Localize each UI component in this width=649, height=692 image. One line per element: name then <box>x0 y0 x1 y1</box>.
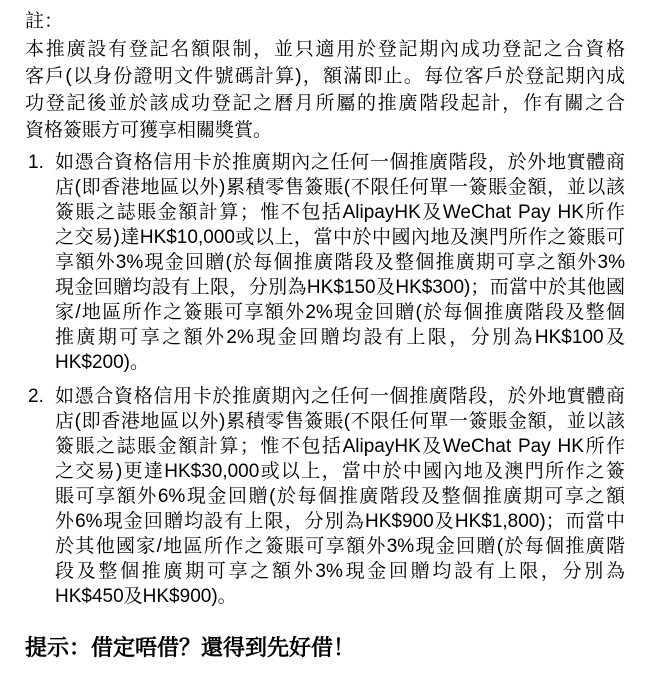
item-line: 如憑合資格信用卡於推廣期內之任何一個推廣階段，於外地實體商 <box>55 384 625 409</box>
item-line: 簽賬之誌賬金額計算；惟不包括AlipayHK及WeChat Pay HK所作 <box>55 434 625 459</box>
item-line: 外6%現金回贈均設有上限，分別為HK$900及HK$1,800)；而當中 <box>55 509 625 534</box>
intro-line: 功登記後並於該成功登記之曆月所屬的推廣階段起計，作有關之合 <box>25 90 625 117</box>
note-label: 註： <box>25 8 625 35</box>
list-item-2: 2. 如憑合資格信用卡於推廣期內之任何一個推廣階段，於外地實體商 店(即香港地區… <box>25 384 625 609</box>
intro-line: 本推廣設有登記名額限制，並只適用於登記期內成功登記之合資格 <box>25 36 625 63</box>
list-item-1: 1. 如憑合資格信用卡於推廣期內之任何一個推廣階段，於外地實體商 店(即香港地區… <box>25 150 625 375</box>
item-line: 之交易)達HK$10,000或以上，當中於中國內地及澳門所作之簽賬可 <box>55 225 625 250</box>
intro-line: 資格簽賬方可獲享相關獎賞。 <box>25 117 625 144</box>
item-line: 如憑合資格信用卡於推廣期內之任何一個推廣階段，於外地實體商 <box>55 150 625 175</box>
item-line: 段及整個推廣期可享之額外3%現金回贈均設有上限，分別為 <box>55 559 625 584</box>
item-line: 賬可享額外6%現金回贈(於每個推廣階段及整個推廣期可享之額 <box>55 484 625 509</box>
item-line: 店(即香港地區以外)累積零售簽賬(不限任何單一簽賬金額，並以該 <box>55 175 625 200</box>
notes-document: 註： 本推廣設有登記名額限制，並只適用於登記期內成功登記之合資格 客戶(以身份證… <box>25 8 625 663</box>
loan-warning: 提示：借定唔借？還得到先好借！ <box>25 633 625 663</box>
item-line: 店(即香港地區以外)累積零售簽賬(不限任何單一簽賬金額，並以該 <box>55 409 625 434</box>
item-line: HK$200)。 <box>55 350 625 375</box>
item-number: 1. <box>25 150 55 375</box>
item-line: 現金回贈均設有上限，分別為HK$150及HK$300)；而當中於其他國 <box>55 275 625 300</box>
item-line: HK$450及HK$900)。 <box>55 584 625 609</box>
item-text: 如憑合資格信用卡於推廣期內之任何一個推廣階段，於外地實體商 店(即香港地區以外)… <box>55 384 625 609</box>
item-line: 之交易)更達HK$30,000或以上，當中於中國內地及澳門所作之簽 <box>55 459 625 484</box>
item-line: 於其他國家/地區所作之簽賬可享額外3%現金回贈(於每個推廣階 <box>55 534 625 559</box>
item-line: 簽賬之誌賬金額計算；惟不包括AlipayHK及WeChat Pay HK所作 <box>55 200 625 225</box>
item-line: 推廣期可享之額外2%現金回贈均設有上限，分別為HK$100及 <box>55 325 625 350</box>
item-line: 享額外3%現金回贈(於每個推廣階段及整個推廣期可享之額外3% <box>55 250 625 275</box>
intro-paragraph: 本推廣設有登記名額限制，並只適用於登記期內成功登記之合資格 客戶(以身份證明文件… <box>25 36 625 144</box>
item-text: 如憑合資格信用卡於推廣期內之任何一個推廣階段，於外地實體商 店(即香港地區以外)… <box>55 150 625 375</box>
item-line: 家/地區所作之簽賬可享額外2%現金回贈(於每個推廣階段及整個 <box>55 300 625 325</box>
intro-line: 客戶(以身份證明文件號碼計算)，額滿即止。每位客戶於登記期內成 <box>25 63 625 90</box>
item-number: 2. <box>25 384 55 609</box>
